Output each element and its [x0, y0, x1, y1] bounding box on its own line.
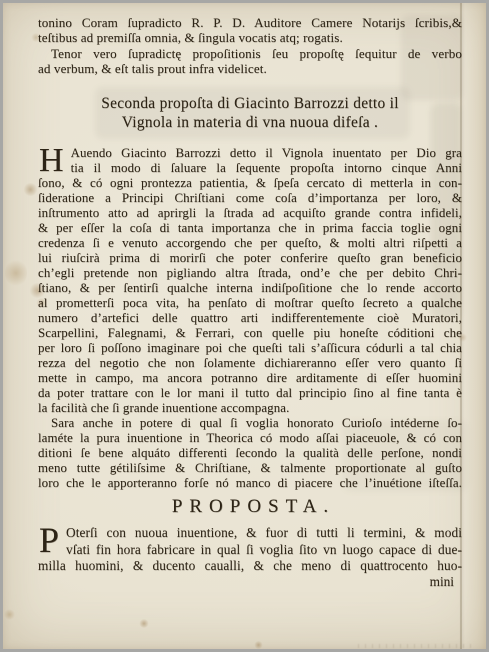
text-line: ſideratione a Principi Chriſtiani come c…	[38, 191, 462, 206]
paragraph-3: P Oterſi con nuoua inuentione, & fuor di…	[38, 525, 462, 574]
text-line: milla huomini, & ducento caualli, & che …	[38, 558, 462, 574]
text-line: la facilità che ſi grande inuentione acc…	[38, 401, 462, 416]
text-line: teſtibus ad premiſſa omnia, & ſingula vo…	[38, 30, 462, 45]
text-line: Scarpellini, Falegnami, & Ferrari, con q…	[38, 326, 462, 341]
section-heading-line: Seconda propoſta di Giacinto Barrozzi de…	[38, 95, 462, 114]
paper-stain	[139, 619, 149, 628]
section-heading-line: Vignola in materia di vna nuoua difeſa .	[38, 114, 462, 133]
text-line: meno tutte gétiliſsime & Chriſtiane, & t…	[38, 461, 462, 476]
drop-cap: H	[38, 146, 71, 175]
text-line: numero d’artefici delle quattro arti ind…	[38, 311, 462, 326]
text-line: ſtiano, & per ſentirſi qualche interna i…	[38, 281, 462, 296]
text-line: ad verbum, & eſt talis prout infra videl…	[38, 61, 462, 76]
text-line: Sara anche in potere di qual ſi voglia h…	[38, 416, 462, 431]
text-block: tonino Coram ſupradicto R. P. D. Auditor…	[38, 15, 462, 589]
page-edge-strip	[462, 3, 486, 649]
text-line: Tenor vero ſupradictę propoſitionis ſeu …	[38, 46, 462, 61]
text-line: da poter trattare con le lor mani il tut…	[38, 386, 462, 401]
scanned-book-page: tonino Coram ſupradicto R. P. D. Auditor…	[0, 0, 489, 652]
paper-stain	[5, 259, 27, 287]
text-line: Oterſi con nuoua inuentione, & fuor di t…	[66, 525, 462, 541]
catchword: mini	[38, 574, 462, 589]
paper-speckles	[358, 644, 473, 648]
text-line: rezza del negotio che non ſolamente dich…	[38, 356, 462, 371]
text-line: Auendo Giacinto Barrozzi detto il Vignol…	[71, 146, 462, 161]
text-line: lui riuſcirà prima di morirſi che poter …	[38, 251, 462, 266]
paper-stain	[23, 183, 38, 196]
text-line: mette in campo, ma ancora potranno dire …	[38, 371, 462, 386]
text-line: inſtrumento atto ad aprirgli la ſtrada a…	[38, 206, 462, 221]
proposta-heading: PROPOSTA.	[38, 496, 462, 518]
text-line: ch’egli pretende non pigliando altra ſtr…	[38, 266, 462, 281]
notarial-preamble: tonino Coram ſupradicto R. P. D. Auditor…	[38, 15, 462, 76]
drop-cap: P	[38, 525, 66, 554]
text-line: al prometterſi poca vita, ha penſato di …	[38, 296, 462, 311]
text-line: credenza ſi e venuto accorgendo che per …	[38, 236, 462, 251]
text-line: ditioni ſe bene alquáto differenti ſecon…	[38, 446, 462, 461]
text-line: loro che le apporteranno forſe nó manco …	[38, 476, 462, 491]
text-line: ſono, & có ogni prontezza patientia, & ſ…	[38, 176, 462, 191]
paper-stain	[4, 609, 15, 620]
section-heading: Seconda propoſta di Giacinto Barrozzi de…	[38, 95, 462, 132]
text-line: per loro ſi poſſono imaginare poi che qu…	[38, 341, 462, 356]
text-line: tia il modo di ſaluare la ſequente propo…	[71, 161, 462, 176]
text-line: vſati fin hora fabricare in qual ſi vogl…	[66, 542, 462, 558]
paragraph-1: H Auendo Giacinto Barrozzi detto il Vign…	[38, 146, 462, 416]
text-line: & per eſſer la coſa di tanta importanza …	[38, 221, 462, 236]
text-line: tonino Coram ſupradicto R. P. D. Auditor…	[38, 15, 462, 30]
paragraph-2: Sara anche in potere di qual ſi voglia h…	[38, 416, 462, 491]
paper-stain	[254, 641, 263, 649]
text-line: laméte la pura inuentione in Theorica có…	[38, 431, 462, 446]
